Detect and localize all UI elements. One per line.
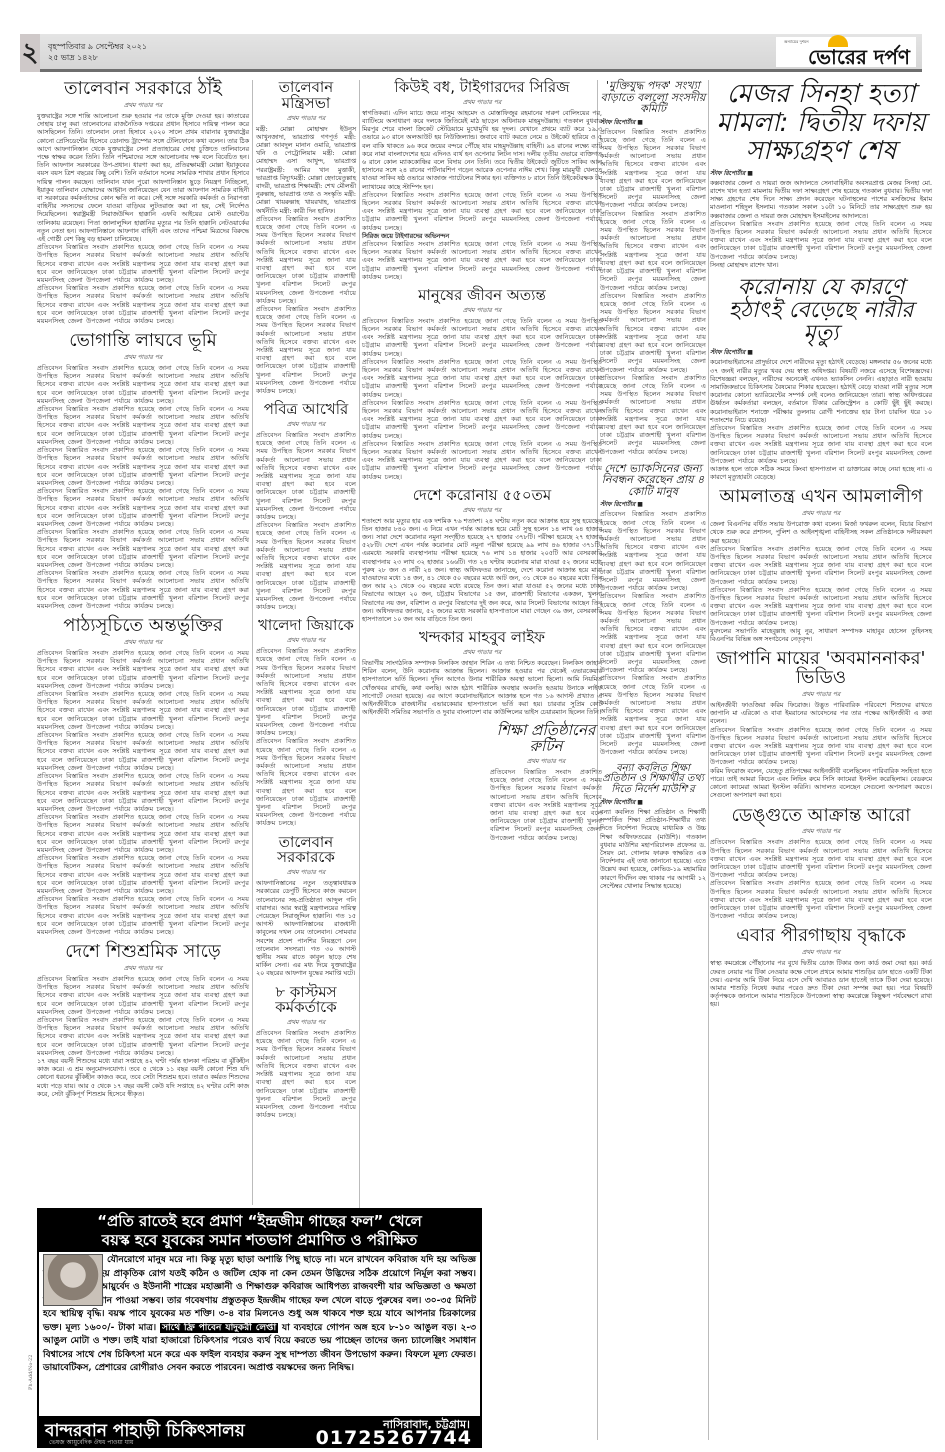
story-body-continued: প্রতিবেদন বিস্তারিত সংবাদ প্রকাশিত হয়েছ… [362, 192, 602, 233]
story-body: প্রতিবেদন বিস্তারিত সংবাদ প্রকাশিত হয়েছ… [37, 447, 249, 488]
story-edu-routine[interactable]: শিক্ষা প্রতিষ্ঠানের রুটিন প্রথম পাতার পর… [490, 723, 602, 842]
page-number: ২ [20, 34, 40, 72]
story-customs[interactable]: ৮ কাস্টমস কর্মকর্তাকে প্রথম পাতার পর প্র… [256, 985, 356, 1121]
headline[interactable]: মেজর সিনহা হত্যা মামলা: দ্বিতীয় দফায় স… [710, 80, 932, 166]
kicker: প্রথম পাতার পর [256, 113, 356, 124]
headline[interactable]: দেশে শিশুশ্রমিক সাড়ে [37, 943, 249, 962]
story-body: প্রতিবেদন বিস্তারিত সংবাদ প্রকাশিত হয়েছ… [256, 522, 356, 612]
story-body-continued: প্রতিবেদন বিস্তারিত সংবাদ প্রকাশিত হয়েছ… [710, 546, 932, 587]
kicker: প্রথম পাতার পর [710, 826, 932, 837]
story-corona-550[interactable]: দেশে করোনায় ৫৫০তম প্রথম পাতার পর শতাংশে… [362, 488, 602, 624]
column-2: তালেবান মন্ত্রিসভা প্রথম পাতার পর মন্ত্র… [256, 80, 356, 1126]
byline: স্টাফ রিপোর্টার ■ [600, 499, 706, 510]
story-body: করোনাভাইরাসের প্রাদুর্ভাবে দেশে নারীদের … [710, 359, 932, 425]
story-women-death[interactable]: করোনায় যে কারণে হঠাৎই বেড়েছে নারীর মৃত… [710, 276, 932, 482]
headline[interactable]: দেশে করোনায় ৫৫০তম [362, 488, 602, 504]
headline[interactable]: করোনায় যে কারণে হঠাৎই বেড়েছে নারীর মৃত… [710, 276, 932, 345]
ad-photo [43, 1254, 103, 1306]
column-divider [708, 80, 709, 1440]
story-body-continued: প্রতিবেদন বিস্তারিত সংবাদ প্রকাশিত হয়েছ… [37, 285, 249, 326]
column-4: 'মুক্তিযুদ্ধ পদক' সংখ্যা বাড়াতে বললো সং… [600, 80, 706, 897]
story-body-continued: প্রতিবেদন বিস্তারিত সংবাদ প্রকাশিত হয়েছ… [256, 306, 356, 396]
headline[interactable]: ডেঙ্গুতে আক্রান্ত আরো [710, 807, 932, 826]
byline: স্টাফ রিপোর্টার ■ [600, 117, 706, 128]
kicker: প্রথম পাতার পর [710, 689, 932, 700]
story-body: প্রতিবেদন বিস্তারিত সংবাদ প্রকাশিত হয়েছ… [37, 1017, 249, 1058]
column-3: কিউই বধ, টাইগারদের সিরিজ প্রথম পাতার পর … [362, 80, 602, 849]
story-body: প্রতিবেদন বিস্তারিত সংবাদ প্রকাশিত হয়েছ… [256, 648, 356, 738]
story-body: আইনজীবী ফাওজিয়া করিম ফিরোজ। উদ্ভূত পারি… [710, 702, 932, 727]
headline[interactable]: খালেদা জিয়াকে [256, 618, 356, 634]
story-body: প্রতিবেদন বিস্তারিত সংবাদ প্রকাশিত হয়েছ… [600, 511, 706, 593]
ad-footer: বান্দরবান পাহাড়ী চিকিৎসালয় ভেষজ আয়ুর্… [39, 1416, 480, 1446]
story-body: প্রতিবেদন বিস্তারিত সংবাদ প্রকাশিত হয়েছ… [37, 855, 249, 896]
newspaper-logo[interactable]: অন্যায়ের দুশমন ভোরের দর্পণ [776, 37, 916, 67]
headline[interactable]: তালেবান মন্ত্রিসভা [256, 80, 356, 112]
story-flood-edu[interactable]: বন্যা কবলিত শিক্ষা প্রতিষ্ঠান ও শিক্ষার্… [600, 764, 706, 892]
story-pirgachha[interactable]: এবার পীরগাছায় বৃদ্ধাকে প্রথম পাতার পর স… [710, 927, 932, 1009]
story-body: প্রতিবেদন বিস্তারিত সংবাদ প্রকাশিত হয়েছ… [37, 570, 249, 611]
story-body: স্বাগতিকরা। এদিন ম্যাচে জয়ে নাসুম আহমেদ… [362, 110, 602, 192]
story-human-life[interactable]: মানুষের জীবন অত্যন্ত প্রথম পাতার পর প্রত… [362, 288, 602, 482]
column-5: মেজর সিনহা হত্যা মামলা: দ্বিতীয় দফায় স… [710, 80, 932, 1016]
story-body-tail: সিনহা মোহাম্মদ রাশেদ খান। [710, 262, 932, 270]
story-body: প্রতিবেদন বিস্তারিত সংবাদ প্রকাশিত হয়েছ… [37, 691, 249, 732]
story-body: প্রতিবেদন বিস্তারিত সংবাদ প্রকাশিত হয়েছ… [37, 650, 249, 691]
story-body: যুক্তরাষ্ট্রের সঙ্গে শান্তি আলোচনা শুরু … [37, 113, 249, 244]
story-body-continued: প্রতিবেদন বিস্তারিত সংবাদ প্রকাশিত হয়েছ… [37, 244, 249, 285]
story-mukti-padak[interactable]: 'মুক্তিযুদ্ধ পদক' সংখ্যা বাড়াতে বললো সং… [600, 80, 706, 457]
story-body: প্রতিবেদন বিস্তারিত সংবাদ প্রকাশিত হয়েছ… [37, 732, 249, 773]
logo-name: ভোরের দর্পণ [808, 43, 910, 76]
story-khandaker[interactable]: খন্দকার মাহবুব লাইফ প্রথম পাতার পর বিভাগ… [362, 630, 602, 717]
story-body: প্রতিবেদন বিস্তারিত সংবাদ প্রকাশিত হয়েছ… [37, 896, 249, 937]
inline-subhead: সিরিজ জয়ে টাইগারদের অভিনন্দন [362, 233, 449, 240]
headline[interactable]: ৮ কাস্টমস কর্মকর্তাকে [256, 985, 356, 1017]
headline[interactable]: ভোগান্তি লাঘবে ভূমি [37, 332, 249, 351]
story-body-continued: প্রতিবেদন বিস্তারিত সংবাদ প্রকাশিত হয়েছ… [362, 241, 602, 282]
story-body: জেলা বিএনপির বর্ধিত সভায় উপরোক্ত কথা বল… [710, 521, 932, 546]
ad-headline: “প্রতি রাতেই হবে প্রমাণ “ইন্দ্রজীম গাছের… [39, 1210, 480, 1252]
kicker: প্রথম পাতার পর [362, 305, 602, 316]
headline[interactable]: তালেবান সরকারকে [256, 835, 356, 867]
story-body-continued: প্রতিবেদন বিস্তারিত সংবাদ প্রকাশিত হয়েছ… [256, 216, 356, 306]
story-body: প্রতিবেদন বিস্তারিত সংবাদ প্রকাশিত হয়েছ… [256, 1030, 356, 1120]
date-gregorian: বৃহস্পতিবার ৯ সেপ্টেম্বর ২০২১ [48, 41, 147, 52]
headline[interactable]: শিক্ষা প্রতিষ্ঠানের রুটিন [490, 723, 602, 755]
story-body: প্রতিবেদন বিস্তারিত সংবাদ প্রকাশিত হয়েছ… [256, 432, 356, 522]
logo-tagline: অন্যায়ের দুশমন [784, 39, 809, 46]
story-body: প্রতিবেদন বিস্তারিত সংবাদ প্রকাশিত হয়েছ… [37, 976, 249, 1017]
story-bhoganti[interactable]: ভোগান্তি লাঘবে ভূমি প্রথম পাতার পর প্রতি… [37, 332, 249, 611]
story-dengue[interactable]: ডেঙ্গুতে আক্রান্ত আরো প্রথম পাতার পর প্র… [710, 807, 932, 922]
headline[interactable]: পাঠ্যসূচিতে অন্তর্ভুক্তির [37, 617, 249, 636]
headline[interactable]: কিউই বধ, টাইগারদের সিরিজ [362, 80, 602, 96]
story-body: প্রতিবেদন বিস্তারিত সংবাদ প্রকাশিত হয়েছ… [600, 129, 706, 211]
story-body-tail: যুবদলের সভাপতি মাহেবুল্লাহ আবু নুর, সাধা… [710, 628, 932, 644]
story-body: প্রতিবেদন বিস্তারিত সংবাদ প্রকাশিত হয়েছ… [362, 400, 602, 441]
ad-clinic-sub: ভেষজ আয়ুর্বেদিক ঔষধ পাওয়া যায় [49, 1437, 133, 1448]
headline[interactable]: দেশে ভ্যাকসিনের জন্য নিবন্ধন করেছেন প্রা… [600, 463, 706, 498]
story-curriculum[interactable]: পাঠ্যসূচিতে অন্তর্ভুক্তির প্রথম পাতার পর… [37, 617, 249, 937]
kicker: প্রথম পাতার পর [362, 647, 602, 658]
story-body: প্রতিবেদন বিস্তারিত সংবাদ প্রকাশিত হয়েছ… [710, 880, 932, 921]
story-body-continued: প্রতিবেদন বিস্তারিত সংবাদ প্রকাশিত হয়েছ… [710, 221, 932, 262]
story-taliban-govt[interactable]: তালেবান সরকারে ঠাঁই প্রথম পাতার পর যুক্ত… [37, 80, 249, 326]
story-body-tail: ১৭ বছর বয়সী শিশুদের মধ্যে যারা সপ্তাহে … [37, 1058, 249, 1099]
kicker: প্রথম পাতার পর [710, 508, 932, 519]
headline[interactable]: মানুষের জীবন অত্যন্ত [362, 288, 602, 304]
story-kiwi[interactable]: কিউই বধ, টাইগারদের সিরিজ প্রথম পাতার পর … [362, 80, 602, 282]
date-bengali: ২৫ ভাদ্র ১৪২৮ [48, 52, 147, 63]
story-body: প্রতিবেদন বিস্তারিত সংবাদ প্রকাশিত হয়েছ… [37, 365, 249, 406]
story-body: কক্সবাজার জেলা ও দায়রা জজ আদালতে সেনাবা… [710, 180, 932, 221]
story-body: আফগানিস্তানের নতুন তত্ত্বাবধায়ক সরকারের… [256, 880, 356, 978]
story-body-continued: প্রতিবেদন বিস্তারিত সংবাদ প্রকাশিত হয়েছ… [710, 727, 932, 768]
column-1: তালেবান সরকারে ঠাঁই প্রথম পাতার পর যুক্ত… [37, 80, 249, 1105]
kicker: প্রথম পাতার পর [710, 947, 932, 958]
story-body: প্রতিবেদন বিস্তারিত সংবাদ প্রকাশিত হয়েছ… [37, 773, 249, 814]
story-japani-mother[interactable]: জাপানি মায়ের 'অবমাননাকর' ভিডিও প্রথম পা… [710, 650, 932, 800]
kicker: প্রথম পাতার পর [362, 97, 602, 108]
kicker: প্রথম পাতার পর [490, 756, 602, 767]
byline: স্টাফ রিপোর্টার ■ [710, 168, 932, 179]
story-body: প্রতিবেদন বিস্তারিত সংবাদ প্রকাশিত হয়েছ… [600, 211, 706, 293]
byline: স্টাফ রিপোর্টার ■ [600, 797, 706, 808]
story-vaccine-reg[interactable]: দেশে ভ্যাকসিনের জন্য নিবন্ধন করেছেন প্রা… [600, 463, 706, 758]
story-body: প্রতিবেদন বিস্তারিত সংবাদ প্রকাশিত হয়েছ… [362, 318, 602, 359]
kicker: প্রথম পাতার পর [37, 963, 249, 974]
story-body: স্বাস্থ্য কমপ্লেক্সে পৌঁছানোর পর বুথে দ্… [710, 960, 932, 1009]
headline[interactable]: জাপানি মায়ের 'অবমাননাকর' ভিডিও [710, 650, 932, 688]
headline[interactable]: পবিত্র আখেরি [256, 402, 356, 418]
story-body: প্রতিবেদন বিস্তারিত সংবাদ প্রকাশিত হয়েছ… [600, 375, 706, 457]
headline[interactable]: এবার পীরগাছায় বৃদ্ধাকে [710, 927, 932, 946]
kicker: প্রথম পাতার পর [37, 637, 249, 648]
story-body: প্রতিবেদন বিস্তারিত সংবাদ প্রকাশিত হয়েছ… [600, 593, 706, 675]
kicker: প্রথম পাতার পর [256, 1017, 356, 1028]
story-body-continued: প্রতিবেদন বিস্তারিত সংবাদ প্রকাশিত হয়েছ… [710, 425, 932, 466]
ad-highlight: সাথে ফ্রি পাবেন যাদুকরী লেপ্তা [160, 1323, 278, 1333]
date-block: বৃহস্পতিবার ৯ সেপ্টেম্বর ২০২১ ২৫ ভাদ্র ১… [48, 41, 147, 63]
story-taliban-cabinet[interactable]: তালেবান মন্ত্রিসভা প্রথম পাতার পর মন্ত্র… [256, 80, 356, 396]
masthead: ২ বৃহস্পতিবার ৯ সেপ্টেম্বর ২০২১ ২৫ ভাদ্র… [20, 34, 922, 72]
byline: স্টাফ রিপোর্টার ■ [710, 347, 932, 358]
story-body-tail: আক্রান্ত হলে তাকে সঠিক সময়ে কিংবা হাসপা… [710, 466, 932, 482]
story-body: প্রতিবেদন বিস্তারিত সংবাদ প্রকাশিত হয়েছ… [256, 738, 356, 828]
kicker: প্রথম পাতার পর [256, 419, 356, 430]
story-taliban-sarkar[interactable]: তালেবান সরকারকে প্রথম পাতার পর আফগানিস্ত… [256, 835, 356, 979]
ad-code: Ph-Add/No-22 [28, 1355, 34, 1390]
story-body: প্রতিবেদন বিস্তারিত সংবাদ প্রকাশিত হয়েছ… [710, 839, 932, 880]
story-body: প্রতিবেদন বিস্তারিত সংবাদ প্রকাশিত হয়েছ… [600, 293, 706, 375]
story-body: প্রতিবেদন বিস্তারিত সংবাদ প্রকাশিত হয়েছ… [600, 675, 706, 757]
story-body: প্রতিবেদন বিস্তারিত সংবাদ প্রকাশিত হয়েছ… [490, 769, 602, 843]
ad-phone[interactable]: 01725267744 [316, 1427, 472, 1449]
story-body: প্রতিবেদন বিস্তারিত সংবাদ প্রকাশিত হয়েছ… [37, 406, 249, 447]
story-body: বিভাগীয় সাংগঠনিক সম্পাদক নিলকিস জাহান শ… [362, 660, 602, 717]
ad-body: যৌনরোগে মানুষ মরে না। কিন্তু মৃত্যু ছাড়… [43, 1254, 476, 1376]
kicker: প্রথম পাতার পর [256, 867, 356, 878]
story-body: প্রতিবেদন বিস্তারিত সংবাদ প্রকাশিত হয়েছ… [362, 359, 602, 400]
story-pobitra-akhri[interactable]: পবিত্র আখেরি প্রথম পাতার পর প্রতিবেদন বি… [256, 402, 356, 612]
headline[interactable]: তালেবান সরকারে ঠাঁই [37, 80, 249, 99]
story-major-sinha[interactable]: মেজর সিনহা হত্যা মামলা: দ্বিতীয় দফায় স… [710, 80, 932, 270]
headline[interactable]: বন্যা কবলিত শিক্ষা প্রতিষ্ঠান ও শিক্ষার্… [600, 764, 706, 796]
advertisement[interactable]: “প্রতি রাতেই হবে প্রমাণ “ইন্দ্রজীম গাছের… [37, 1208, 482, 1448]
story-body: প্রতিবেদন বিস্তারিত সংবাদ প্রকাশিত হয়েছ… [37, 488, 249, 529]
story-child-labour[interactable]: দেশে শিশুশ্রমিক সাড়ে প্রথম পাতার পর প্র… [37, 943, 249, 1099]
headline[interactable]: 'মুক্তিযুদ্ধ পদক' সংখ্যা বাড়াতে বললো সং… [600, 80, 706, 115]
headline[interactable]: খন্দকার মাহবুব লাইফ [362, 630, 602, 646]
story-body: মন্ত্রী: মোল্লা মোহাম্মদ ইউনুস আখুনজাদা,… [256, 126, 356, 216]
story-body-tail: করিম ফিরোজ বলেন, যেহেতু প্রতিপক্ষের আইনজ… [710, 768, 932, 801]
story-body: প্রতিবেদন বিস্তারিত সংবাদ প্রকাশিত হয়েছ… [37, 529, 249, 570]
story-amlatantra[interactable]: আমলাতন্ত্র এখন আমলালীগ প্রথম পাতার পর জে… [710, 488, 932, 644]
kicker: প্রথম পাতার পর [37, 100, 249, 111]
kicker: প্রথম পাতার পর [256, 635, 356, 646]
story-body: শতাংশে আর মৃত্যুর হার এক দশমিক ৭৬ শতাংশ।… [362, 518, 602, 625]
story-body: বন্যা কবলিত শিক্ষা প্রতিষ্ঠান ও শিক্ষার্… [600, 809, 706, 891]
story-body-continued: প্রতিবেদন বিস্তারিত সংবাদ প্রকাশিত হয়েছ… [710, 587, 932, 628]
kicker: প্রথম পাতার পর [362, 505, 602, 516]
story-khaleda-zia[interactable]: খালেদা জিয়াকে প্রথম পাতার পর প্রতিবেদন … [256, 618, 356, 828]
story-body: প্রতিবেদন বিস্তারিত সংবাদ প্রকাশিত হয়েছ… [37, 814, 249, 855]
column-divider [252, 80, 253, 1205]
headline[interactable]: আমলাতন্ত্র এখন আমলালীগ [710, 488, 932, 507]
kicker: প্রথম পাতার পর [37, 352, 249, 363]
story-body: প্রতিবেদন বিস্তারিত সংবাদ প্রকাশিত হয়েছ… [362, 441, 602, 482]
